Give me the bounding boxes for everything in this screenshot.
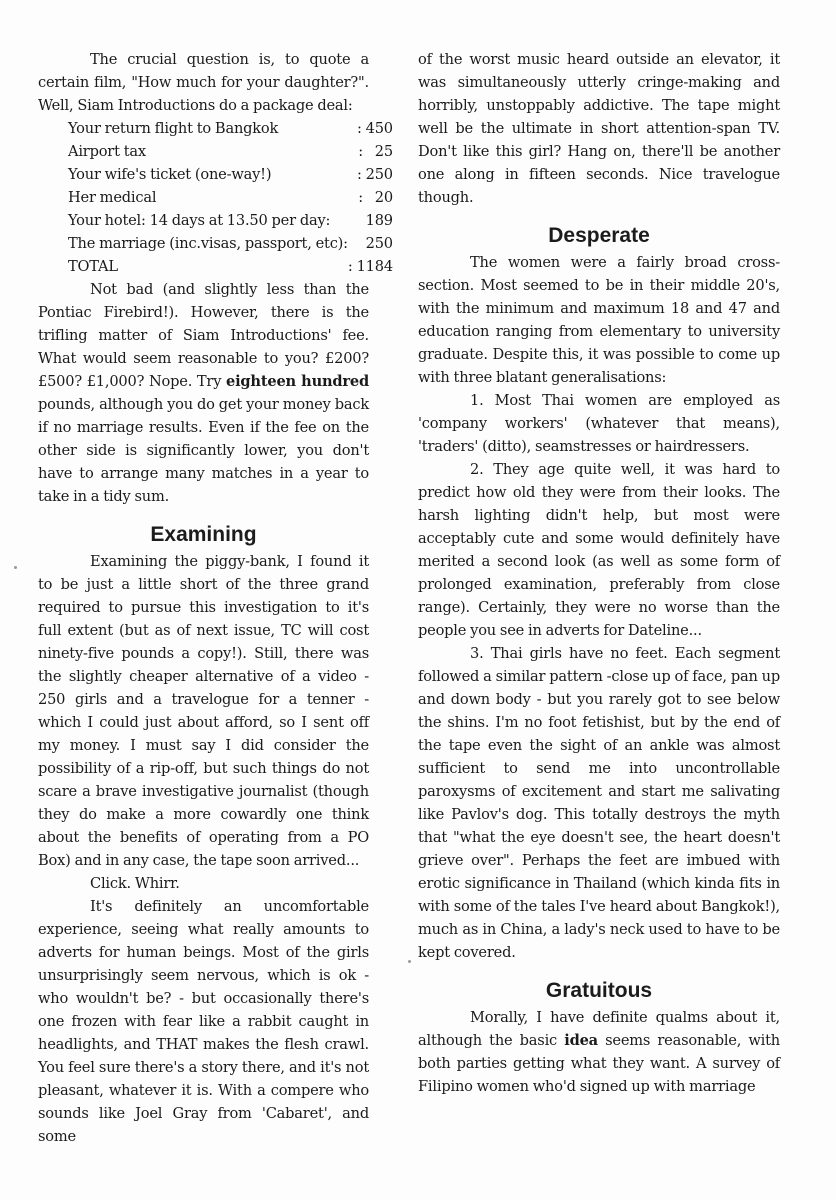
price-table: Your return flight to Bangkok : 450 Airp… xyxy=(68,117,393,278)
price-item: Her medical xyxy=(68,186,348,209)
desperate-paragraph: The women were a fairly broad cross-sect… xyxy=(418,251,780,389)
price-amount: 189 xyxy=(348,209,393,232)
continuation-paragraph: of the worst music heard outside an elev… xyxy=(418,48,780,209)
price-row: Your hotel: 14 days at 13.50 per day: 18… xyxy=(68,209,393,232)
price-amount: 250 xyxy=(348,232,393,255)
price-row: Your return flight to Bangkok : 450 xyxy=(68,117,393,140)
price-row: Airport tax : 25 xyxy=(68,140,393,163)
price-item: Your return flight to Bangkok xyxy=(68,117,348,140)
intro-paragraph: The crucial question is, to quote a cert… xyxy=(38,48,369,117)
generalisation-1: 1. Most Thai women are employed as 'comp… xyxy=(418,389,780,458)
price-amount: : 25 xyxy=(348,140,393,163)
examining-paragraph: Examining the piggy-bank, I found it to … xyxy=(38,550,369,872)
price-total-row: TOTAL : 1184 xyxy=(68,255,393,278)
price-amount: : 250 xyxy=(348,163,393,186)
price-amount: : 20 xyxy=(348,186,393,209)
price-item: Airport tax xyxy=(68,140,348,163)
price-total-amount: : 1184 xyxy=(348,255,393,278)
generalisation-3: 3. Thai girls have no feet. Each segment… xyxy=(418,642,780,964)
heading-gratuitous: Gratuitous xyxy=(418,978,780,1004)
heading-examining: Examining xyxy=(38,522,369,548)
left-column: The crucial question is, to quote a cert… xyxy=(38,48,369,1148)
price-item: Your hotel: 14 days at 13.50 per day: xyxy=(68,209,348,232)
click-whirr-line: Click. Whirr. xyxy=(38,872,369,895)
heading-desperate: Desperate xyxy=(418,223,780,249)
price-row: Your wife's ticket (one-way!) : 250 xyxy=(68,163,393,186)
document-page: The crucial question is, to quote a cert… xyxy=(0,0,836,1200)
emphasis-text: eighteen hundred xyxy=(226,373,369,390)
price-amount: : 450 xyxy=(348,117,393,140)
price-row: Her medical : 20 xyxy=(68,186,393,209)
price-row: The marriage (inc.visas, passport, etc):… xyxy=(68,232,393,255)
price-item: Your wife's ticket (one-way!) xyxy=(68,163,348,186)
uncomfortable-paragraph: It's definitely an uncomfortable experie… xyxy=(38,895,369,1148)
scan-speck xyxy=(14,566,17,569)
price-total-label: TOTAL xyxy=(68,255,348,278)
scan-speck xyxy=(408,960,411,963)
right-column: of the worst music heard outside an elev… xyxy=(418,48,780,1098)
price-item: The marriage (inc.visas, passport, etc): xyxy=(68,232,348,255)
generalisation-2: 2. They age quite well, it was hard to p… xyxy=(418,458,780,642)
fee-paragraph: Not bad (and slightly less than the Pont… xyxy=(38,278,369,508)
gratuitous-paragraph: Morally, I have definite qualms about it… xyxy=(418,1006,780,1098)
emphasis-text: idea xyxy=(564,1032,598,1049)
